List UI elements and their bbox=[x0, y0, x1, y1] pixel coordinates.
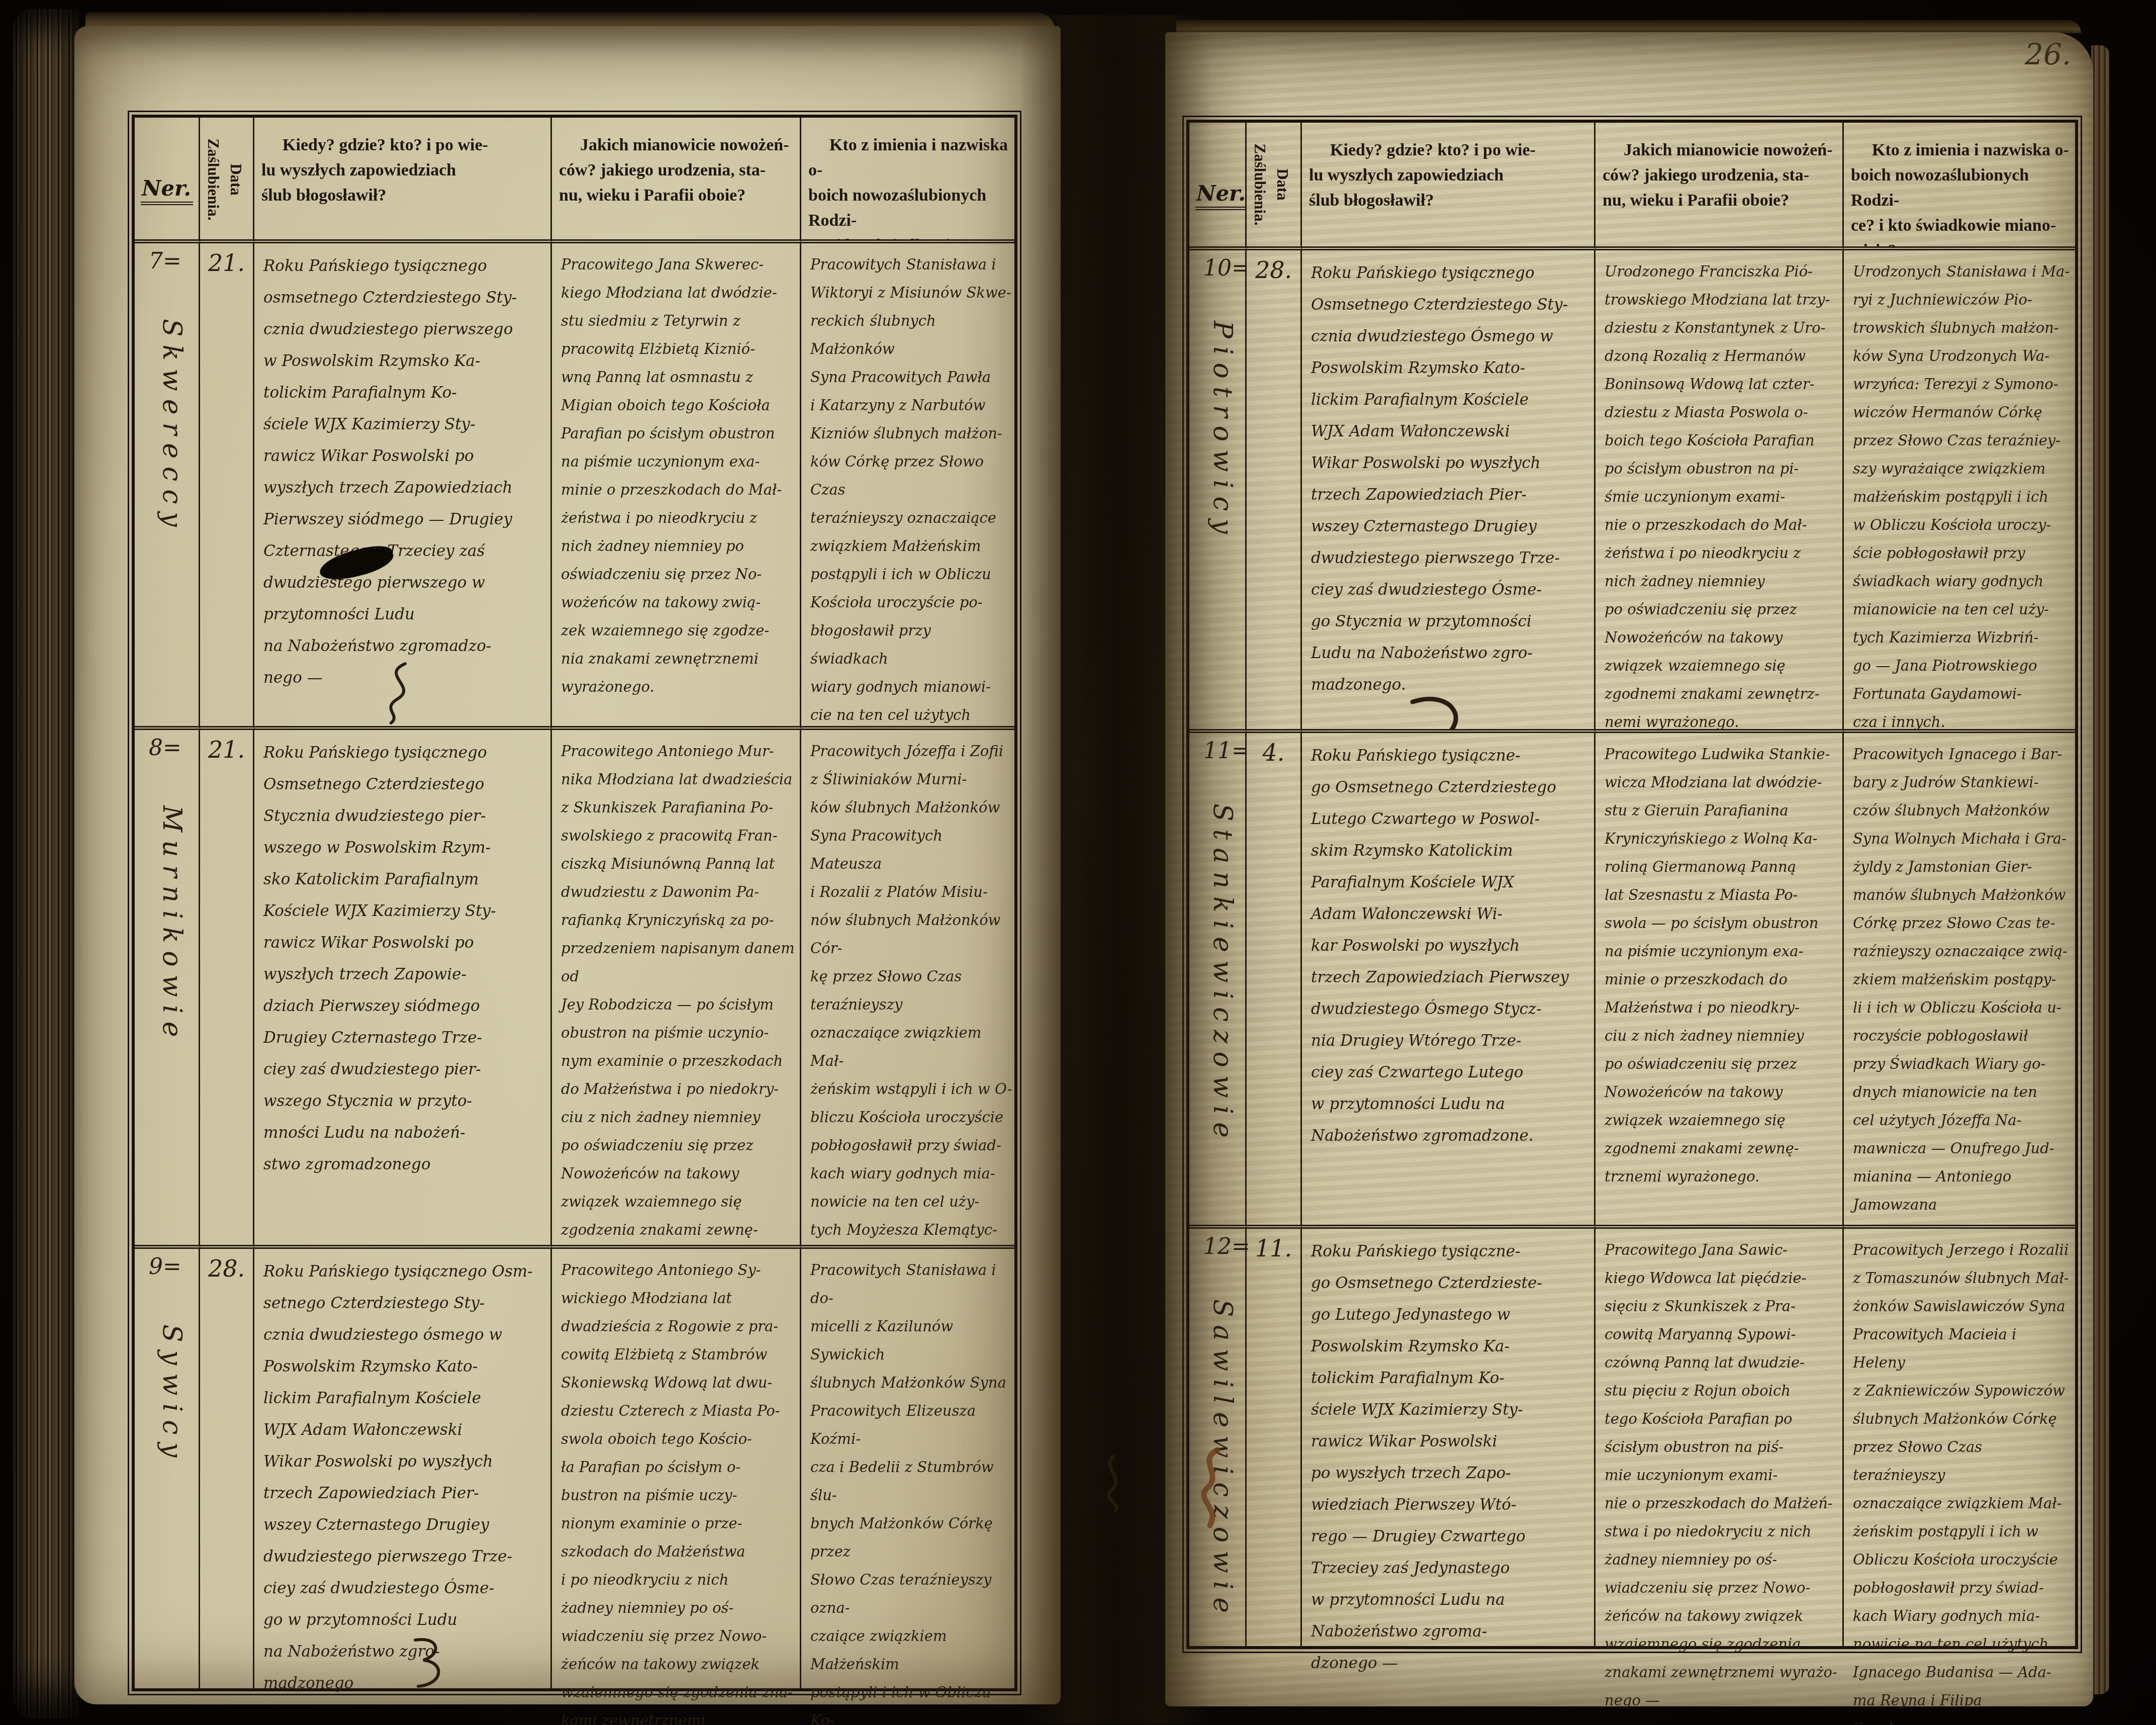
entry-number: 8= bbox=[149, 735, 181, 761]
entry-7-date-cell: 21. bbox=[200, 243, 254, 730]
entry-place-name: Murnikowie bbox=[157, 805, 187, 1045]
entry-number: 9= bbox=[149, 1254, 181, 1280]
header-jakich-cell: Jakich mianowicie nowożeń- ców? jakiego … bbox=[1596, 123, 1844, 250]
book-fore-edge bbox=[13, 9, 79, 1718]
entry-8-date-cell: 21. bbox=[200, 730, 254, 1249]
scanned-register-book: { "document": { "type": "parish marriage… bbox=[0, 0, 2156, 1725]
header-date-label: Data Zaślubienia. bbox=[1249, 130, 1294, 239]
entry-11-date-cell: 4. bbox=[1247, 733, 1302, 1229]
entry-12-ceremony-text: Roku Pańskiego tysiączne- go Osmsetnego … bbox=[1302, 1229, 1596, 1646]
entry-7-newlyweds-text: Pracowitego Jana Skwerec- kiego Młodzian… bbox=[552, 243, 801, 730]
entry-10-ceremony-text: Roku Pańskiego tysiącznego Osmsetnego Cz… bbox=[1302, 250, 1596, 733]
entry-date: 21. bbox=[200, 736, 253, 763]
entry-9-newlyweds-text: Pracowitego Antoniego Sy- wickiego Młodz… bbox=[552, 1249, 801, 1688]
header-ner-label: Ner. bbox=[1195, 181, 1247, 210]
header-kiedy-cell: Kiedy? gdzie? kto? i po wie- lu wyszłych… bbox=[1302, 123, 1596, 250]
header-ner-label: Ner. bbox=[141, 176, 193, 205]
entry-12-newlyweds-text: Pracowitego Jana Sawic- kiego Wdowca lat… bbox=[1596, 1229, 1844, 1646]
header-ner-cell: Ner. bbox=[1189, 123, 1247, 250]
rust-stain bbox=[1192, 1445, 1228, 1530]
entry-8-number-cell: 8= Murnikowie bbox=[135, 730, 200, 1249]
book-right-edge bbox=[2091, 45, 2109, 1694]
ink-blot bbox=[317, 542, 396, 584]
entry-date: 4. bbox=[1247, 739, 1300, 766]
entry-11-ceremony-text: Roku Pańskiego tysiączne- go Osmsetnego … bbox=[1302, 733, 1596, 1229]
entry-12-parents-witnesses-text: Pracowitych Jerzego i Rozalii z Tomaszun… bbox=[1844, 1229, 2075, 1646]
register-table-left: Ner. Data Zaślubienia. Kiedy? gdzie? kto… bbox=[132, 115, 1017, 1691]
pen-flourish bbox=[370, 661, 425, 726]
entry-date: 28. bbox=[1247, 256, 1300, 284]
entry-10-parents-witnesses-text: Urodzonych Stanisława i Ma- ryi z Juchni… bbox=[1844, 250, 2075, 733]
header-jakich-cell: Jakich mianowicie nowożeń- ców? jakiego … bbox=[552, 118, 801, 243]
entry-10-date-cell: 28. bbox=[1247, 250, 1302, 733]
entry-place-name: Stankiewiczowie bbox=[1207, 803, 1238, 1146]
entry-number: 12= bbox=[1203, 1234, 1250, 1259]
entry-place-name: Skwereccy bbox=[157, 319, 187, 535]
entry-8-newlyweds-text: Pracowitego Antoniego Mur- nika Młodzian… bbox=[552, 730, 801, 1249]
header-date-cell: Data Zaślubienia. bbox=[200, 118, 254, 243]
entry-8-ceremony-text: Roku Pańskiego tysiącznego Osmsetnego Cz… bbox=[254, 730, 552, 1249]
entry-9-date-cell: 28. bbox=[200, 1249, 254, 1688]
entry-11-newlyweds-text: Pracowitego Ludwika Stankie- wicza Młodz… bbox=[1596, 733, 1844, 1229]
entry-10-number-cell: 10= Piotrowicy bbox=[1189, 250, 1247, 733]
entry-number: 11= bbox=[1203, 738, 1247, 764]
pen-flourish-three bbox=[1392, 693, 1488, 733]
entry-8-parents-witnesses-text: Pracowitych Józeffa i Zofii z Śliwiniakó… bbox=[801, 730, 1014, 1249]
entry-11-number-cell: 11= Stankiewiczowie bbox=[1189, 733, 1247, 1229]
header-kiedy-cell: Kiedy? gdzie? kto? i po wie- lu wyszłych… bbox=[254, 118, 552, 243]
header-kto-cell: Kto z imienia i nazwiska o- boich nowoza… bbox=[1844, 123, 2075, 250]
entry-date: 11. bbox=[1247, 1235, 1300, 1262]
entry-9-ceremony-text: Roku Pańskiego tysiącznego Osm- setnego … bbox=[254, 1249, 552, 1688]
register-table-right: Ner. Data Zaślubienia. Kiedy? gdzie? kto… bbox=[1186, 120, 2078, 1649]
entry-7-ceremony-text: Roku Pańskiego tysiącznego osmsetnego Cz… bbox=[254, 243, 552, 730]
entry-number: 7= bbox=[149, 248, 181, 274]
header-kto-cell: Kto z imienia i nazwiska o- boich nowoza… bbox=[801, 118, 1014, 243]
entry-date: 28. bbox=[200, 1255, 253, 1282]
entry-7-number-cell: 7= Skwereccy bbox=[135, 243, 200, 730]
entry-10-newlyweds-text: Urodzonego Franciszka Pió- trowskiego Mł… bbox=[1596, 250, 1844, 733]
entry-9-parents-witnesses-text: Pracowitych Stanisława i do- micelli z K… bbox=[801, 1249, 1014, 1688]
binding-thread bbox=[1096, 1453, 1131, 1513]
entry-place-name: Sywicy bbox=[157, 1324, 187, 1466]
entry-date: 21. bbox=[200, 249, 253, 277]
header-date-label: Data Zaślubienia. bbox=[202, 125, 247, 234]
entry-12-number-cell: 12= Sawilewiczowie bbox=[1189, 1229, 1247, 1646]
entry-9-number-cell: 9= Sywicy bbox=[135, 1249, 200, 1688]
entry-12-date-cell: 11. bbox=[1247, 1229, 1302, 1646]
entry-number: 10= bbox=[1203, 255, 1247, 281]
entry-place-name: Piotrowicy bbox=[1207, 321, 1238, 542]
page-number: 26. bbox=[2025, 37, 2071, 71]
header-date-cell: Data Zaślubienia. bbox=[1247, 123, 1302, 250]
header-ner-cell: Ner. bbox=[135, 118, 200, 243]
pen-flourish bbox=[405, 1636, 450, 1691]
entry-7-parents-witnesses-text: Pracowitych Stanisława i Wiktoryi z Misi… bbox=[801, 243, 1014, 730]
entry-11-parents-witnesses-text: Pracowitych Ignacego i Bar- bary z Judró… bbox=[1844, 733, 2075, 1229]
book-top-edge-right bbox=[1176, 20, 2081, 33]
